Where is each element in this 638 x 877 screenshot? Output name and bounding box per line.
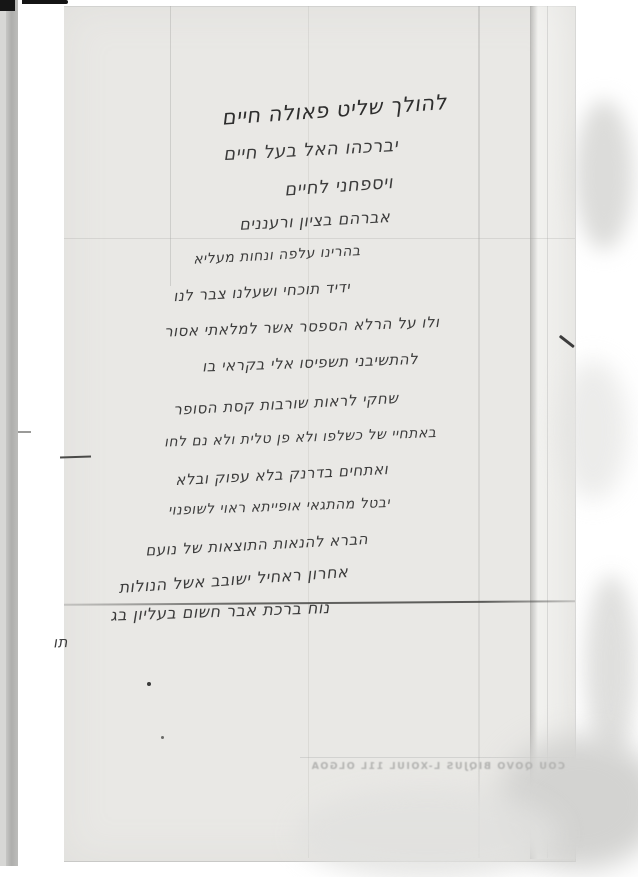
margin-dash-mark xyxy=(18,431,31,433)
scanned-document-page: להולך שליט פאולה חיים יברכהו האל בעל חיי… xyxy=(0,0,638,877)
scan-shadow xyxy=(575,100,633,250)
handwriting-closing-mark: תו xyxy=(53,633,69,652)
scanner-edge-strip-band xyxy=(6,0,18,866)
fold-crease-vertical-1 xyxy=(170,6,171,286)
scan-shadow xyxy=(295,788,560,877)
ink-dot xyxy=(147,682,151,686)
scan-top-edge-artifact xyxy=(22,0,68,4)
fold-crease-vertical-4 xyxy=(547,6,548,858)
bleed-through-stamp-text: COU QOVO BIQJUS L-XOIUL 11L OLGOA xyxy=(330,761,565,772)
ink-dot xyxy=(161,736,164,739)
fold-crease-vertical-3 xyxy=(478,6,480,858)
scan-shadow xyxy=(558,360,628,500)
scan-shadow xyxy=(585,575,637,760)
fold-crease-horizontal-upper xyxy=(64,238,575,239)
scan-corner-artifact xyxy=(0,0,15,11)
